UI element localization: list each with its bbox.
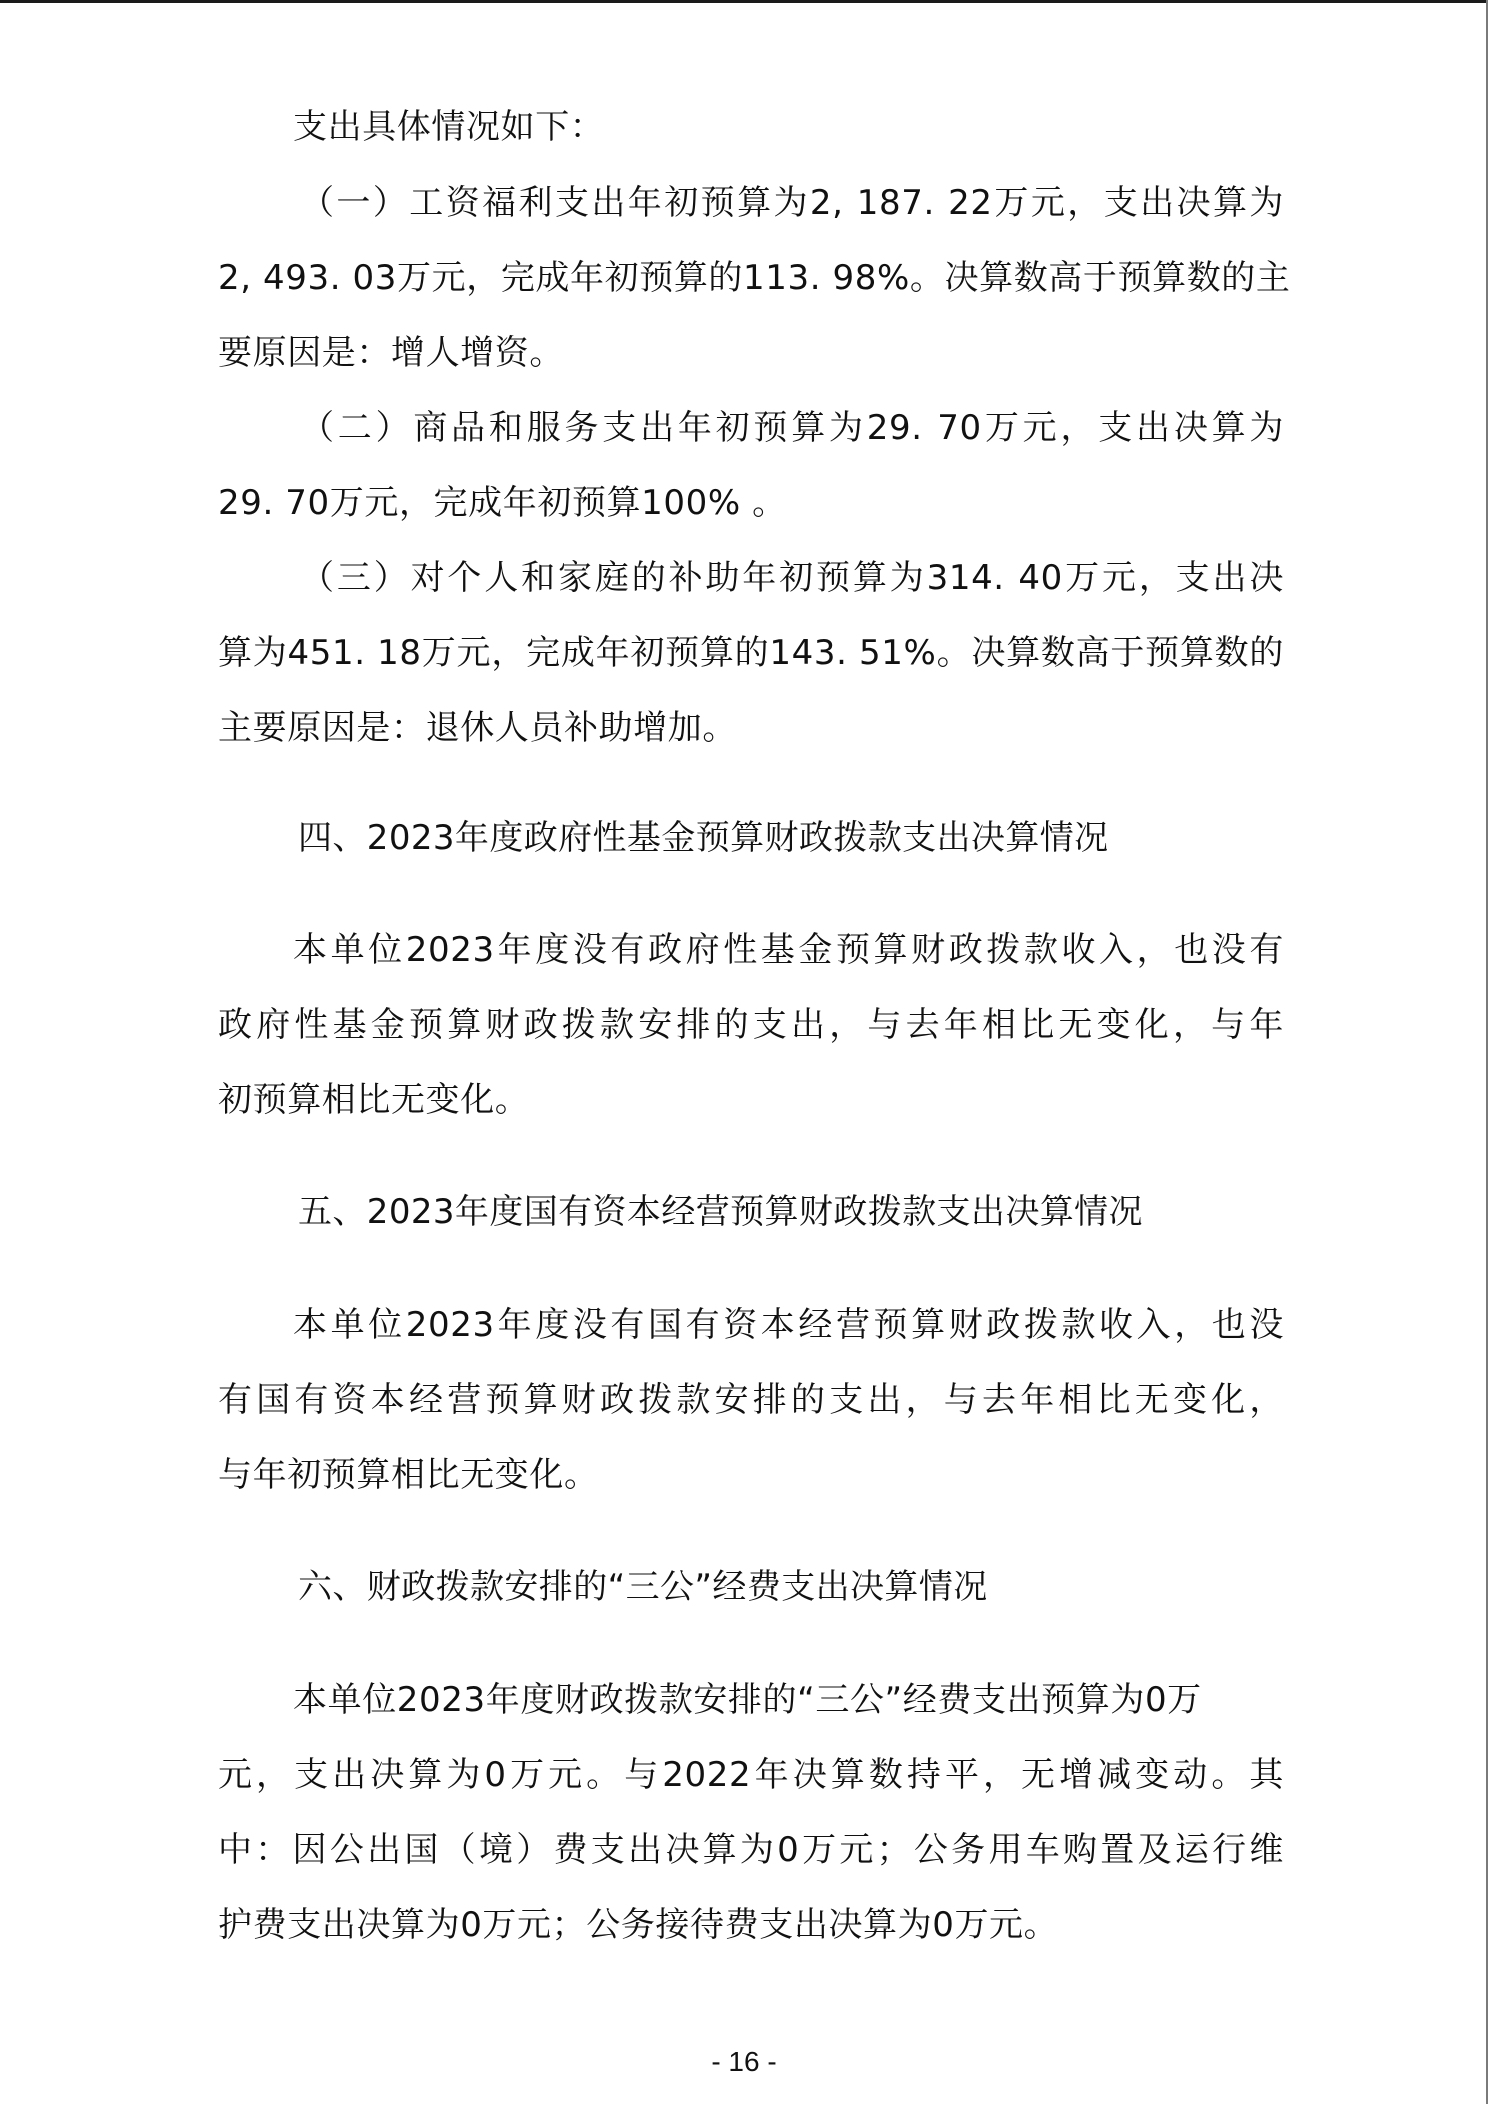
section-6-heading: 六、财政拨款安排的“三公”经费支出决算情况	[298, 1567, 988, 1607]
section-6-line-4: 护费支出决算为0万元；公务接待费支出决算为0万元。	[218, 1905, 1284, 1945]
section-6-line-3: 中：因公出国（境）费支出决算为0万元；公务用车购置及运行维	[218, 1830, 1284, 1870]
item-1-line-3: 要原因是：增人增资。	[218, 333, 1284, 373]
section-5-line-1: 本单位2023年度没有国有资本经营预算财政拨款收入，也没	[293, 1305, 1284, 1345]
section-6-line-2: 元，支出决算为0万元。与2022年决算数持平，无增减变动。其	[218, 1755, 1284, 1795]
page-top-border	[0, 0, 1488, 3]
page-number: - 16 -	[0, 2046, 1488, 2078]
section-5-heading: 五、2023年度国有资本经营预算财政拨款支出决算情况	[298, 1192, 1143, 1232]
section-5-line-3: 与年初预算相比无变化。	[218, 1455, 1284, 1495]
intro-text: 支出具体情况如下：	[293, 107, 1359, 147]
section-5-line-2: 有国有资本经营预算财政拨款安排的支出，与去年相比无变化，	[218, 1380, 1284, 1420]
item-1-line-1: （一）工资福利支出年初预算为2, 187. 22万元，支出决算为	[300, 183, 1284, 223]
item-3-line-3: 主要原因是：退休人员补助增加。	[218, 708, 1284, 748]
section-4-line-3: 初预算相比无变化。	[218, 1080, 1284, 1120]
section-4-line-1: 本单位2023年度没有政府性基金预算财政拨款收入，也没有	[293, 930, 1284, 970]
item-1-line-2: 2, 493. 03万元，完成年初预算的113. 98%。决算数高于预算数的主	[218, 258, 1284, 298]
item-3-line-2: 算为451. 18万元，完成年初预算的143. 51%。决算数高于预算数的	[218, 633, 1284, 673]
section-6-line-1: 本单位2023年度财政拨款安排的“三公”经费支出预算为0万	[293, 1680, 1359, 1720]
item-2-line-2: 29. 70万元，完成年初预算100% 。	[218, 483, 1284, 523]
section-4-line-2: 政府性基金预算财政拨款安排的支出，与去年相比无变化，与年	[218, 1005, 1284, 1045]
item-3-line-1: （三）对个人和家庭的补助年初预算为314. 40万元，支出决	[300, 558, 1284, 598]
item-2-line-1: （二）商品和服务支出年初预算为29. 70万元，支出决算为	[300, 408, 1284, 448]
section-4-heading: 四、2023年度政府性基金预算财政拨款支出决算情况	[298, 818, 1109, 858]
